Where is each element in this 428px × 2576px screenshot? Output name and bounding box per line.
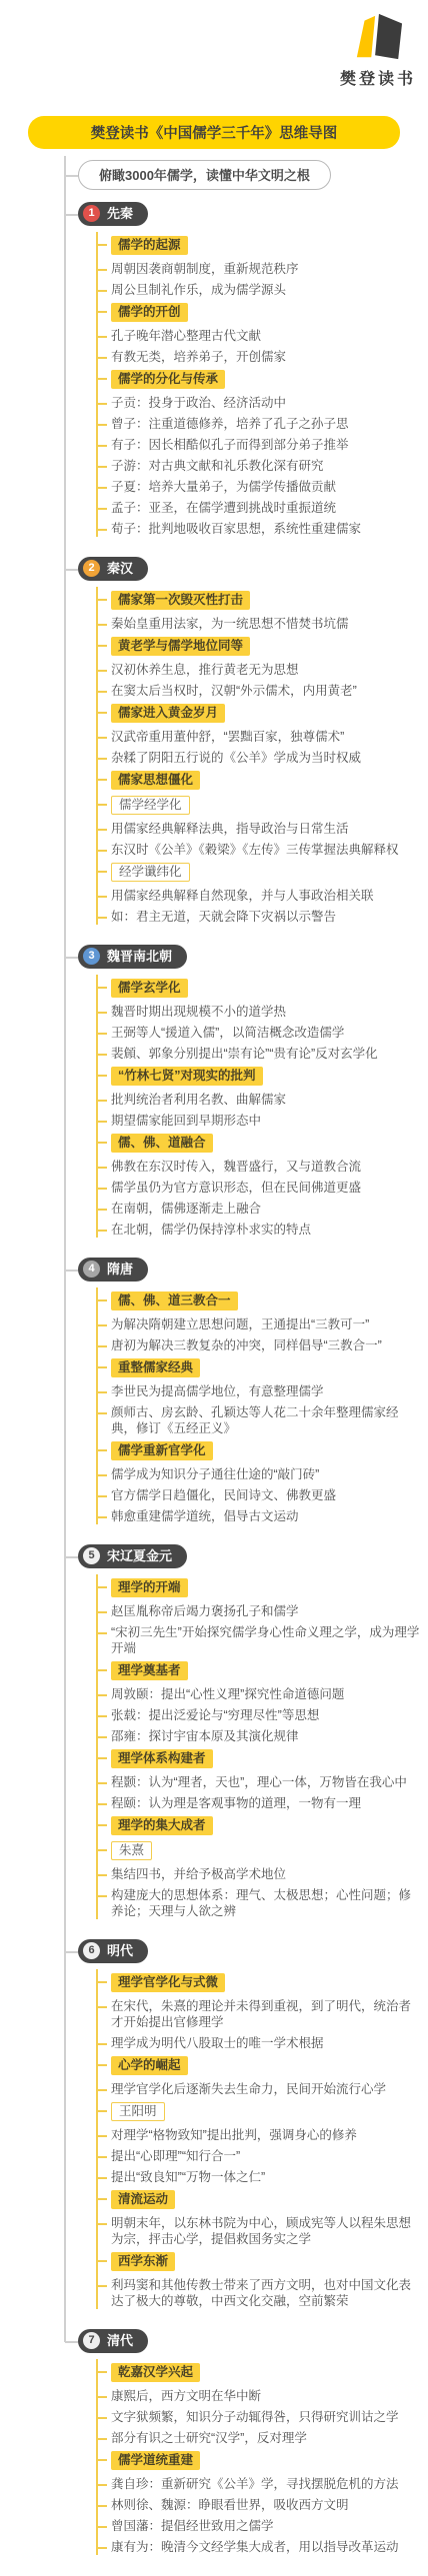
node-text: 邵雍：探讨宇宙本原及其演化规律 xyxy=(98,1728,422,1744)
node-header: 儒、佛、道融合 xyxy=(98,1134,422,1153)
node-subbox: 经学谶纬化 xyxy=(98,863,422,882)
node-text: 有教无类，培养弟子，开创儒家 xyxy=(98,349,422,365)
node-list: 乾嘉汉学兴起康熙后，西方文明在华中断文字狱频繁，知识分子动辄得咎，只得研究训诂之… xyxy=(96,2359,428,2555)
node-label: 朱熹 xyxy=(111,1841,152,1860)
node-label: 儒学重新官学化 xyxy=(111,1441,213,1460)
era-section: 7 清代 乾嘉汉学兴起康熙后，西方文明在华中断文字狱频繁，知识分子动辄得咎，只得… xyxy=(0,2329,428,2555)
node-text: 儒学虽仍为官方意识形态，但在民间佛道更盛 xyxy=(98,1180,422,1196)
node-text: 子游：对古典文献和礼乐教化深有研究 xyxy=(98,458,422,474)
node-header: 清流运动 xyxy=(98,2190,422,2209)
node-list: 儒学玄学化魏晋时期出现规模不小的道学热王弼等人“援道入儒”，以简洁概念改造儒学裴… xyxy=(96,975,428,1238)
node-subbox: 王阳明 xyxy=(98,2102,422,2121)
node-label: “竹林七贤”对现实的批判 xyxy=(111,1067,263,1086)
node-label: 对理学“格物致知”提出批判，强调身心的修养 xyxy=(111,2128,357,2142)
node-label: 赵匡胤称帝后竭力褒扬孔子和儒学 xyxy=(111,1604,299,1618)
node-label: 儒学玄学化 xyxy=(111,979,188,998)
node-header: 理学奠基者 xyxy=(98,1661,422,1680)
node-label: 儒学的分化与传承 xyxy=(111,370,225,389)
node-label: 子贡：投身于政治、经济活动中 xyxy=(111,396,286,410)
node-label: 曾子：注重道德修养，培养了孔子之孙子思 xyxy=(111,417,349,431)
node-label: 清流运动 xyxy=(111,2190,175,2209)
node-header: 西学东渐 xyxy=(98,2252,422,2271)
node-text: 在窦太后当权时，汉朝“外示儒术，内用黄老” xyxy=(98,683,422,699)
node-text: 在南朝，儒佛逐渐走上融合 xyxy=(98,1201,422,1217)
node-label: 儒、佛、道三教合一 xyxy=(111,1291,238,1310)
node-text: 期望儒家能回到早期形态中 xyxy=(98,1113,422,1129)
page-title: 樊登读书《中国儒学三千年》思维导图 xyxy=(28,116,400,149)
node-label: 颜师古、房玄龄、孔颖达等人花二十余年整理儒家经典，修订《五经正义》 xyxy=(111,1405,399,1435)
node-label: 儒家思想僵化 xyxy=(111,771,200,790)
node-text: 明朝末年，以东林书院为中心，顾成宪等人以程朱思想为宗，抨击心学，提倡救国务实之学 xyxy=(98,2215,422,2247)
node-text: 龚自珍：重新研究《公羊》学，寻找摆脱危机的方法 xyxy=(98,2476,422,2492)
node-text: 佛教在东汉时传入，魏晋盛行，又与道教合流 xyxy=(98,1159,422,1175)
node-text: 林则徐、魏源：睁眼看世界，吸收西方文明 xyxy=(98,2497,422,2513)
node-label: 理学奠基者 xyxy=(111,1661,188,1680)
node-header: “竹林七贤”对现实的批判 xyxy=(98,1067,422,1086)
node-label: 汉初休养生息，推行黄老无为思想 xyxy=(111,663,299,677)
era-badge: 6 明代 xyxy=(78,1939,148,1963)
node-list: 儒家第一次毁灭性打击秦始皇重用法家，为一统思想不惜焚书坑儒黄老学与儒学地位同等汉… xyxy=(96,587,428,925)
node-label: 林则徐、魏源：睁眼看世界，吸收西方文明 xyxy=(111,2498,349,2512)
node-label: “宋初三先生”开始探究儒学身心性命义理之学，成为理学开端 xyxy=(111,1625,419,1655)
node-label: 在南朝，儒佛逐渐走上融合 xyxy=(111,1202,261,1216)
node-text: 在宋代，朱熹的理论并未得到重视，到了明代，统治者才开始提出官修理学 xyxy=(98,1998,422,2030)
node-text: 用儒家经典解释自然现象，并与人事政治相关联 xyxy=(98,888,422,904)
node-label: 构建庞大的思想体系：理气、太极思想；心性问题；修养论；天理与人欲之辨 xyxy=(111,1888,411,1918)
node-label: 理学的集大成者 xyxy=(111,1816,213,1835)
node-header: 儒学的起源 xyxy=(98,236,422,255)
node-label: 儒、佛、道融合 xyxy=(111,1134,213,1153)
node-text: 程颐：认为理是客观事物的道理，一物有一理 xyxy=(98,1795,422,1811)
brand-logo: 樊登读书 xyxy=(340,12,416,89)
node-label: 韩愈重建儒学道统，倡导古文运动 xyxy=(111,1509,299,1523)
node-text: 汉初休养生息，推行黄老无为思想 xyxy=(98,662,422,678)
mindmap: 1 先秦 儒学的起源周朝因袭商朝制度，重新规范秩序周公旦制礼作乐，成为儒学源头儒… xyxy=(0,202,428,2555)
era-number-badge: 2 xyxy=(83,560,100,577)
node-label: 理学成为明代八股取士的唯一学术根据 xyxy=(111,2036,324,2050)
node-label: 程颐：认为理是客观事物的道理，一物有一理 xyxy=(111,1796,361,1810)
node-label: 程颢：认为“理者，天也”，理心一体，万物皆在我心中 xyxy=(111,1775,407,1789)
node-label: 儒学虽仍为官方意识形态，但在民间佛道更盛 xyxy=(111,1181,361,1195)
era-badge: 7 清代 xyxy=(78,2329,148,2353)
node-subbox: 儒学经学化 xyxy=(98,796,422,815)
node-label: 裴頠、郭象分别提出“崇有论”“贵有论”反对玄学化 xyxy=(111,1047,378,1061)
node-label: 佛教在东汉时传入，魏晋盛行，又与道教合流 xyxy=(111,1160,361,1174)
node-header: 理学官学化与式微 xyxy=(98,1973,422,1992)
node-text: 张载：提出泛爱论与“穷理尽性”等思想 xyxy=(98,1707,422,1723)
era-badge: 2 秦汉 xyxy=(78,557,148,581)
node-label: 期望儒家能回到早期形态中 xyxy=(111,1114,261,1128)
node-label: 在北朝，儒学仍保持淳朴求实的特点 xyxy=(111,1223,311,1237)
node-text: 文字狱频繁，知识分子动辄得咎，只得研究训诂之学 xyxy=(98,2409,422,2425)
node-label: 儒学的开创 xyxy=(111,303,188,322)
node-label: 为解决隋朝建立思想问题，王通提出“三教可一” xyxy=(111,1317,369,1331)
node-label: 重整儒家经典 xyxy=(111,1358,200,1377)
node-label: 乾嘉汉学兴起 xyxy=(111,2363,200,2382)
node-text: 颜师古、房玄龄、孔颖达等人花二十余年整理儒家经典，修订《五经正义》 xyxy=(98,1404,422,1436)
node-subbox: 朱熹 xyxy=(98,1841,422,1860)
node-label: 用儒家经典解释法典，指导政治与日常生活 xyxy=(111,822,349,836)
node-label: 经学谶纬化 xyxy=(111,863,190,882)
node-text: 东汉时《公羊》《穀梁》《左传》三传掌握法典解释权 xyxy=(98,842,422,858)
trunk-line xyxy=(64,156,66,2342)
node-list: 儒学的起源周朝因袭商朝制度，重新规范秩序周公旦制礼作乐，成为儒学源头儒学的开创孔… xyxy=(96,232,428,537)
era-label: 宋辽夏金元 xyxy=(107,1548,172,1564)
node-text: 康有为：晚清今文经学集大成者，用以指导改革运动 xyxy=(98,2539,422,2555)
node-label: 李世民为提高儒学地位，有意整理儒学 xyxy=(111,1384,324,1398)
node-label: 子游：对古典文献和礼乐教化深有研究 xyxy=(111,459,324,473)
node-text: 魏晋时期出现规模不小的道学热 xyxy=(98,1004,422,1020)
node-label: 在宋代，朱熹的理论并未得到重视，到了明代，统治者才开始提出官修理学 xyxy=(111,1999,411,2029)
node-text: 唐初为解决三教复杂的冲突，同样倡导“三教合一” xyxy=(98,1337,422,1353)
node-header: 理学的开端 xyxy=(98,1578,422,1597)
node-label: 东汉时《公羊》《穀梁》《左传》三传掌握法典解释权 xyxy=(111,843,399,857)
node-label: 孟子：亚圣，在儒学遭到挑战时重振道统 xyxy=(111,501,336,515)
node-label: 孔子晚年潜心整理古代文献 xyxy=(111,329,261,343)
node-label: 张载：提出泛爱论与“穷理尽性”等思想 xyxy=(111,1708,319,1722)
node-label: 汉武帝重用董仲舒，“罢黜百家，独尊儒术” xyxy=(111,730,344,744)
node-label: 儒学成为知识分子通往仕途的“敲门砖” xyxy=(111,1467,319,1481)
era-number-badge: 6 xyxy=(83,1942,100,1959)
node-text: 利玛窦和其他传教士带来了西方文明，也对中国文化表达了极大的尊敬，中西文化交融，空… xyxy=(98,2277,422,2309)
node-label: 部分有识之士研究“汉学”，反对理学 xyxy=(111,2431,307,2445)
node-text: “宋初三先生”开始探究儒学身心性命义理之学，成为理学开端 xyxy=(98,1624,422,1656)
node-text: 对理学“格物致知”提出批判，强调身心的修养 xyxy=(98,2127,422,2143)
node-text: 赵匡胤称帝后竭力褒扬孔子和儒学 xyxy=(98,1603,422,1619)
node-label: 提出“心即理”“知行合一” xyxy=(111,2149,240,2163)
node-header: 理学体系构建者 xyxy=(98,1749,422,1768)
node-text: 批判统治者利用名教、曲解儒家 xyxy=(98,1092,422,1108)
node-label: 黄老学与儒学地位同等 xyxy=(111,637,250,656)
node-label: 邵雍：探讨宇宙本原及其演化规律 xyxy=(111,1729,299,1743)
node-label: 儒家第一次毁灭性打击 xyxy=(111,591,250,610)
node-label: 理学官学化后逐渐失去生命力，民间开始流行心学 xyxy=(111,2082,386,2096)
brand-name: 樊登读书 xyxy=(340,66,416,89)
node-text: 理学官学化后逐渐失去生命力，民间开始流行心学 xyxy=(98,2081,422,2097)
node-text: 杂糅了阴阳五行说的《公羊》学成为当时权威 xyxy=(98,750,422,766)
node-text: 韩愈重建儒学道统，倡导古文运动 xyxy=(98,1508,422,1524)
era-label: 魏晋南北朝 xyxy=(107,949,172,965)
node-label: 明朝末年，以东林书院为中心，顾成宪等人以程朱思想为宗，抨击心学，提倡救国务实之学 xyxy=(111,2216,411,2246)
node-label: 在窦太后当权时，汉朝“外示儒术，内用黄老” xyxy=(111,684,357,698)
era-number-badge: 7 xyxy=(83,2332,100,2349)
node-label: 如：君主无道，天就会降下灾祸以示警告 xyxy=(111,910,336,924)
node-label: 有子：因长相酷似孔子而得到部分弟子推举 xyxy=(111,438,349,452)
node-text: 为解决隋朝建立思想问题，王通提出“三教可一” xyxy=(98,1316,422,1332)
node-label: 魏晋时期出现规模不小的道学热 xyxy=(111,1005,286,1019)
node-text: 如：君主无道，天就会降下灾祸以示警告 xyxy=(98,909,422,925)
node-label: 儒家进入黄金岁月 xyxy=(111,704,225,723)
node-label: 理学体系构建者 xyxy=(111,1749,213,1768)
node-label: 秦始皇重用法家，为一统思想不惜焚书坑儒 xyxy=(111,617,349,631)
node-text: 裴頠、郭象分别提出“崇有论”“贵有论”反对玄学化 xyxy=(98,1046,422,1062)
node-label: 周公旦制礼作乐，成为儒学源头 xyxy=(111,283,286,297)
node-text: 周朝因袭商朝制度，重新规范秩序 xyxy=(98,261,422,277)
node-text: 荀子：批判地吸收百家思想，系统性重建儒家 xyxy=(98,521,422,537)
node-text: 子夏：培养大量弟子，为儒学传播做贡献 xyxy=(98,479,422,495)
node-header: 儒学玄学化 xyxy=(98,979,422,998)
node-text: 儒学成为知识分子通往仕途的“敲门砖” xyxy=(98,1466,422,1482)
node-text: 曾国藩：提倡经世致用之儒学 xyxy=(98,2518,422,2534)
node-label: 批判统治者利用名教、曲解儒家 xyxy=(111,1093,286,1107)
node-header: 理学的集大成者 xyxy=(98,1816,422,1835)
node-label: 周敦颐：提出“心性义理”探究性命道德问题 xyxy=(111,1687,344,1701)
node-label: 用儒家经典解释自然现象，并与人事政治相关联 xyxy=(111,889,374,903)
node-text: 孔子晚年潜心整理古代文献 xyxy=(98,328,422,344)
node-label: 荀子：批判地吸收百家思想，系统性重建儒家 xyxy=(111,522,361,536)
era-label: 隋唐 xyxy=(107,1262,133,1278)
node-header: 儒家第一次毁灭性打击 xyxy=(98,591,422,610)
node-text: 周公旦制礼作乐，成为儒学源头 xyxy=(98,282,422,298)
node-text: 部分有识之士研究“汉学”，反对理学 xyxy=(98,2430,422,2446)
node-text: 周敦颐：提出“心性义理”探究性命道德问题 xyxy=(98,1686,422,1702)
node-label: 理学官学化与式微 xyxy=(111,1973,225,1992)
node-text: 理学成为明代八股取士的唯一学术根据 xyxy=(98,2035,422,2051)
node-label: 官方儒学日趋僵化，民间诗文、佛教更盛 xyxy=(111,1488,336,1502)
era-number-badge: 5 xyxy=(83,1547,100,1564)
node-text: 提出“致良知”“万物一体之仁” xyxy=(98,2169,422,2185)
era-label: 明代 xyxy=(107,1943,133,1959)
node-text: 王弼等人“援道入儒”，以简洁概念改造儒学 xyxy=(98,1025,422,1041)
node-label: 康有为：晚清今文经学集大成者，用以指导改革运动 xyxy=(111,2540,399,2554)
node-label: 王阳明 xyxy=(111,2102,165,2121)
node-text: 康熙后，西方文明在华中断 xyxy=(98,2388,422,2404)
era-number-badge: 4 xyxy=(83,1261,100,1278)
node-label: 龚自珍：重新研究《公羊》学，寻找摆脱危机的方法 xyxy=(111,2477,399,2491)
era-label: 清代 xyxy=(107,2333,133,2349)
node-text: 秦始皇重用法家，为一统思想不惜焚书坑儒 xyxy=(98,616,422,632)
node-header: 儒家进入黄金岁月 xyxy=(98,704,422,723)
node-label: 唐初为解决三教复杂的冲突，同样倡导“三教合一” xyxy=(111,1338,382,1352)
node-label: 理学的开端 xyxy=(111,1578,188,1597)
node-label: 西学东渐 xyxy=(111,2252,175,2271)
node-header: 儒学重新官学化 xyxy=(98,1441,422,1460)
era-label: 秦汉 xyxy=(107,561,133,577)
node-label: 有教无类，培养弟子，开创儒家 xyxy=(111,350,286,364)
node-label: 儒学道统重建 xyxy=(111,2451,200,2470)
era-badge: 5 宋辽夏金元 xyxy=(78,1544,187,1568)
era-badge: 4 隋唐 xyxy=(78,1258,148,1282)
era-badge: 3 魏晋南北朝 xyxy=(78,945,187,969)
node-header: 心学的崛起 xyxy=(98,2056,422,2075)
node-text: 用儒家经典解释法典，指导政治与日常生活 xyxy=(98,821,422,837)
node-text: 孟子：亚圣，在儒学遭到挑战时重振道统 xyxy=(98,500,422,516)
node-list: 儒、佛、道三教合一为解决隋朝建立思想问题，王通提出“三教可一”唐初为解决三教复杂… xyxy=(96,1288,428,1524)
node-text: 子贡：投身于政治、经济活动中 xyxy=(98,395,422,411)
node-label: 曾国藩：提倡经世致用之儒学 xyxy=(111,2519,274,2533)
node-label: 儒学的起源 xyxy=(111,236,188,255)
era-label: 先秦 xyxy=(107,206,133,222)
node-label: 心学的崛起 xyxy=(111,2056,188,2075)
node-header: 儒学的开创 xyxy=(98,303,422,322)
node-text: 程颢：认为“理者，天也”，理心一体，万物皆在我心中 xyxy=(98,1774,422,1790)
node-text: 曾子：注重道德修养，培养了孔子之孙子思 xyxy=(98,416,422,432)
node-text: 在北朝，儒学仍保持淳朴求实的特点 xyxy=(98,1222,422,1238)
node-label: 子夏：培养大量弟子，为儒学传播做贡献 xyxy=(111,480,336,494)
node-header: 儒家思想僵化 xyxy=(98,771,422,790)
node-label: 利玛窦和其他传教士带来了西方文明，也对中国文化表达了极大的尊敬，中西文化交融，空… xyxy=(111,2278,411,2308)
node-text: 提出“心即理”“知行合一” xyxy=(98,2148,422,2164)
node-header: 儒学的分化与传承 xyxy=(98,370,422,389)
node-list: 理学的开端赵匡胤称帝后竭力褒扬孔子和儒学“宋初三先生”开始探究儒学身心性命义理之… xyxy=(96,1574,428,1919)
node-text: 构建庞大的思想体系：理气、太极思想；心性问题；修养论；天理与人欲之辨 xyxy=(98,1887,422,1919)
node-label: 集结四书，并给予极高学术地位 xyxy=(111,1867,286,1881)
node-text: 集结四书，并给予极高学术地位 xyxy=(98,1866,422,1882)
subtitle-pill: 俯瞰3000年儒学，读懂中华文明之根 xyxy=(78,160,331,190)
node-text: 汉武帝重用董仲舒，“罢黜百家，独尊儒术” xyxy=(98,729,422,745)
node-text: 官方儒学日趋僵化，民间诗文、佛教更盛 xyxy=(98,1487,422,1503)
era-number-badge: 3 xyxy=(83,948,100,965)
node-text: 有子：因长相酷似孔子而得到部分弟子推举 xyxy=(98,437,422,453)
open-book-icon xyxy=(349,12,407,62)
node-label: 杂糅了阴阳五行说的《公羊》学成为当时权威 xyxy=(111,751,361,765)
node-header: 重整儒家经典 xyxy=(98,1358,422,1377)
era-badge: 1 先秦 xyxy=(78,202,148,226)
node-header: 儒、佛、道三教合一 xyxy=(98,1291,422,1310)
node-list: 理学官学化与式微在宋代，朱熹的理论并未得到重视，到了明代，统治者才开始提出官修理… xyxy=(96,1969,428,2309)
node-label: 王弼等人“援道入儒”，以简洁概念改造儒学 xyxy=(111,1026,344,1040)
node-header: 黄老学与儒学地位同等 xyxy=(98,637,422,656)
node-label: 周朝因袭商朝制度，重新规范秩序 xyxy=(111,262,299,276)
era-number-badge: 1 xyxy=(83,205,100,222)
node-label: 儒学经学化 xyxy=(111,796,190,815)
node-header: 乾嘉汉学兴起 xyxy=(98,2363,422,2382)
node-label: 提出“致良知”“万物一体之仁” xyxy=(111,2170,265,2184)
node-label: 康熙后，西方文明在华中断 xyxy=(111,2389,261,2403)
node-label: 文字狱频繁，知识分子动辄得咎，只得研究训诂之学 xyxy=(111,2410,399,2424)
mindmap-poster: 樊登读书 樊登读书《中国儒学三千年》思维导图 俯瞰3000年儒学，读懂中华文明之… xyxy=(0,0,428,2576)
node-header: 儒学道统重建 xyxy=(98,2451,422,2470)
node-text: 李世民为提高儒学地位，有意整理儒学 xyxy=(98,1383,422,1399)
